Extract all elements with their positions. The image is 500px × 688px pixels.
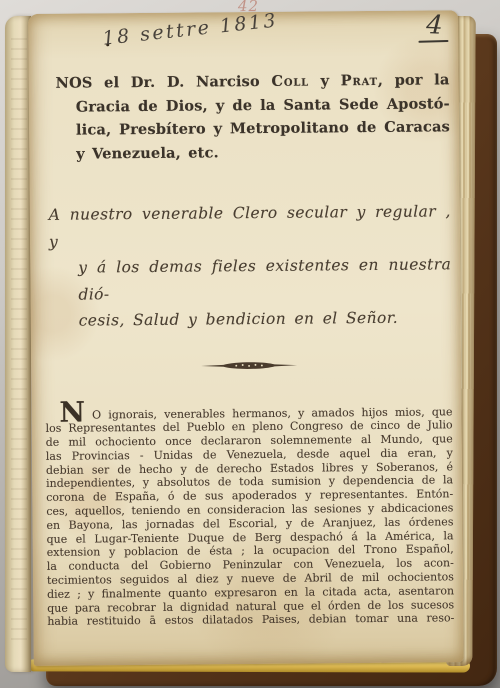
heading-line-1-conj: y — [309, 72, 341, 89]
heading-line-1-pre: NOS el Dr. D. Narciso — [56, 73, 272, 92]
salutation-line-2: y á los demas fieles existentes en nuest… — [78, 251, 451, 307]
heading-line-1: NOS el Dr. D. Narciso Coll y Prat, por l… — [56, 68, 450, 95]
page: 18 settre 1813 42 4 NOS el Dr. D. Narcis… — [28, 10, 464, 666]
handwritten-page-number: 4 — [417, 10, 451, 43]
page-number-value: 4 — [418, 10, 452, 41]
heading-line-4: y Venezuela, etc. — [76, 139, 450, 166]
salutation-line-1: A nuestro venerable Clero secular y regu… — [49, 198, 451, 255]
heading-surname-prat: Prat — [341, 72, 378, 89]
photo-background: 18 settre 1813 42 4 NOS el Dr. D. Narcis… — [0, 0, 500, 688]
printed-text-column: NOS el Dr. D. Narciso Coll y Prat, por l… — [43, 68, 455, 629]
heading-line-3: lica, Presbítero y Metropolitano de Cara… — [76, 115, 450, 142]
previous-page-edge — [5, 16, 31, 672]
heading-line-2: Gracia de Dios, y de la Santa Sede Apost… — [76, 92, 450, 119]
showthrough-texture — [11, 30, 27, 642]
heading-surname-coll: Coll — [271, 73, 309, 90]
faint-corner-number: 42 — [238, 0, 259, 15]
handwritten-date: 18 settre 1813 — [101, 9, 279, 49]
salutation: A nuestro venerable Clero secular y regu… — [44, 198, 452, 334]
body-paragraph: NO ignorais, venerables hermanos, y amad… — [45, 405, 454, 629]
heading-line-1-post: , por la — [378, 71, 450, 89]
body-line: habia restituido ā estos dilatados Paise… — [47, 612, 454, 629]
ornament-divider-icon — [201, 359, 297, 371]
salutation-line-3: cesis, Salud y bendicion en el Señor. — [79, 304, 452, 334]
page-number-underline — [419, 40, 449, 43]
